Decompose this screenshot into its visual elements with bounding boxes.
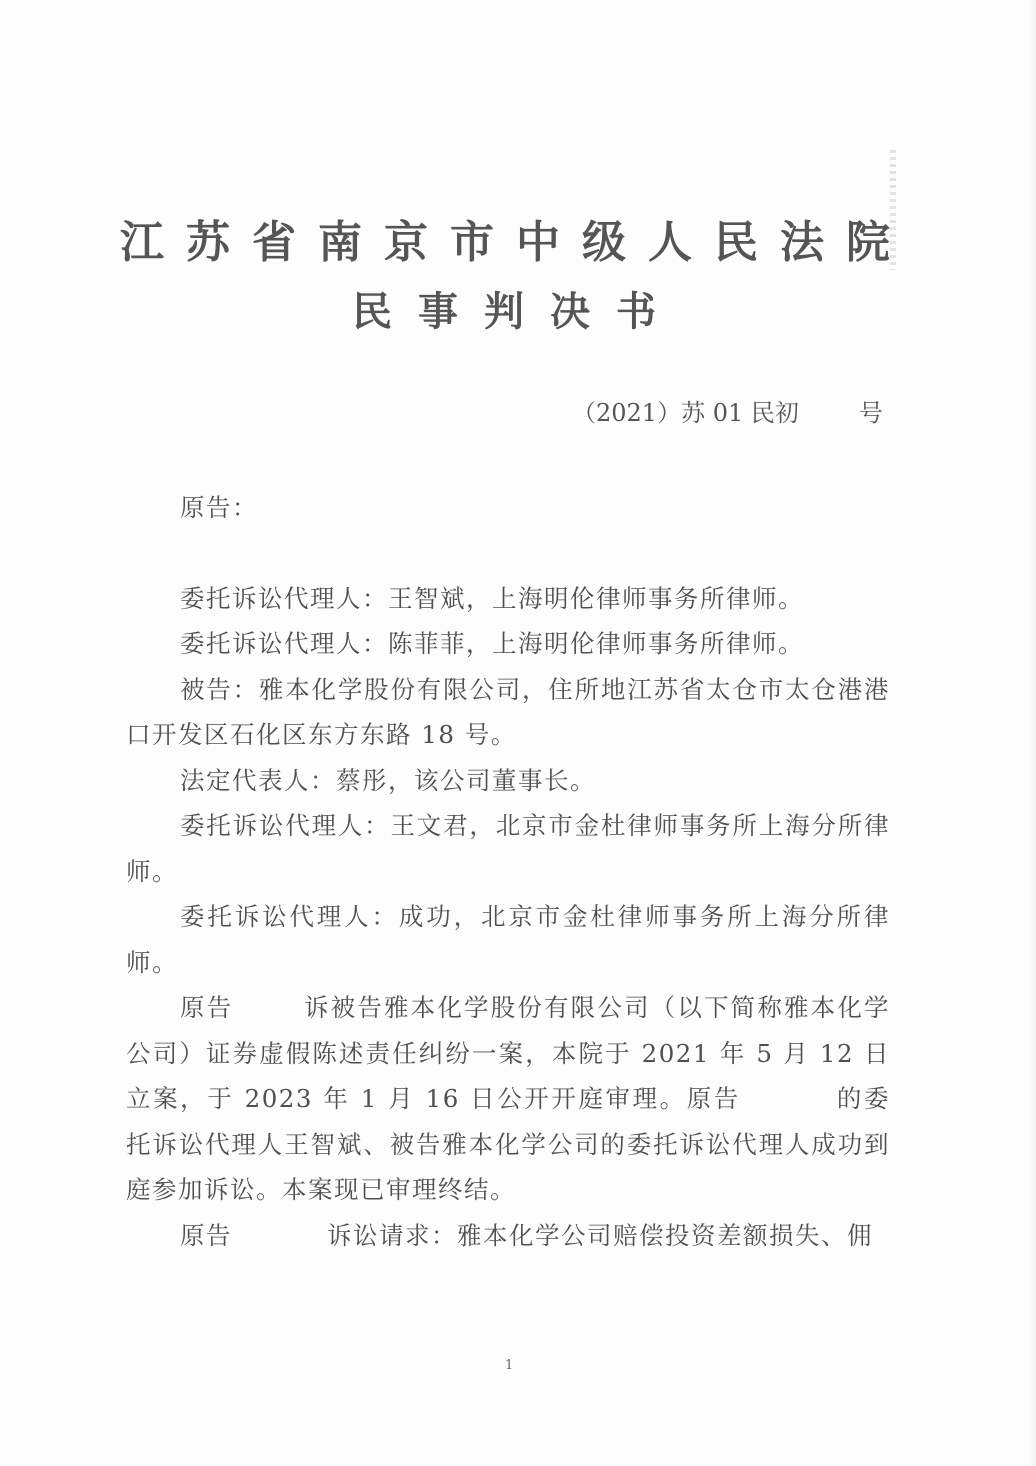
document-type-heading: 民事判决书	[352, 285, 682, 339]
court-name-heading: 江苏省南京市中级人民法院	[120, 215, 880, 271]
redacted-plaintiff-name	[233, 1015, 303, 1016]
document-page: 江苏省南京市中级人民法院 民事判决书 （2021）苏 01 民初号 原告： 委托…	[0, 0, 1036, 1466]
defendant-line: 被告：雅本化学股份有限公司，住所地江苏省太仓市太仓港港口开发区石化区东方东路 1…	[126, 667, 890, 758]
case-intro-part1: 原告	[180, 993, 233, 1022]
case-number: （2021）苏 01 民初号	[572, 396, 883, 430]
document-body: 原告： 委托诉讼代理人：王智斌，上海明伦律师事务所律师。 委托诉讼代理人：陈菲菲…	[126, 485, 890, 1258]
case-number-suffix: 号	[859, 399, 883, 427]
redacted-plaintiff-name	[741, 1106, 836, 1107]
plaintiff-agent-2: 委托诉讼代理人：陈菲菲，上海明伦律师事务所律师。	[126, 621, 890, 667]
case-number-prefix: （2021）苏 01 民初	[572, 399, 799, 427]
page-number: 1	[505, 1358, 513, 1373]
scan-edge	[1028, 0, 1036, 1466]
defendant-agent-1: 委托诉讼代理人：王文君，北京市金杜律师事务所上海分所律师。	[126, 803, 890, 894]
legal-representative: 法定代表人：蔡彤，该公司董事长。	[126, 758, 890, 804]
case-intro-paragraph: 原告诉被告雅本化学股份有限公司（以下简称雅本化学公司）证券虚假陈述责任纠纷一案，…	[126, 985, 890, 1213]
claims-part1: 原告	[180, 1221, 232, 1250]
claims-paragraph: 原告诉讼请求：雅本化学公司赔偿投资差额损失、佣	[126, 1213, 890, 1259]
case-intro-part2: 诉被告雅本化学股份有限公司（以下简称雅本化学公司）证券虚假陈述责任纠纷一案，本院…	[126, 993, 890, 1113]
plaintiff-line: 原告：	[126, 485, 890, 531]
redacted-plaintiff-name	[232, 1243, 327, 1244]
defendant-agent-2: 委托诉讼代理人：成功，北京市金杜律师事务所上海分所律师。	[126, 894, 890, 985]
claims-part2: 诉讼请求：雅本化学公司赔偿投资差额损失、佣	[327, 1221, 873, 1250]
plaintiff-agent-1: 委托诉讼代理人：王智斌，上海明伦律师事务所律师。	[126, 576, 890, 622]
